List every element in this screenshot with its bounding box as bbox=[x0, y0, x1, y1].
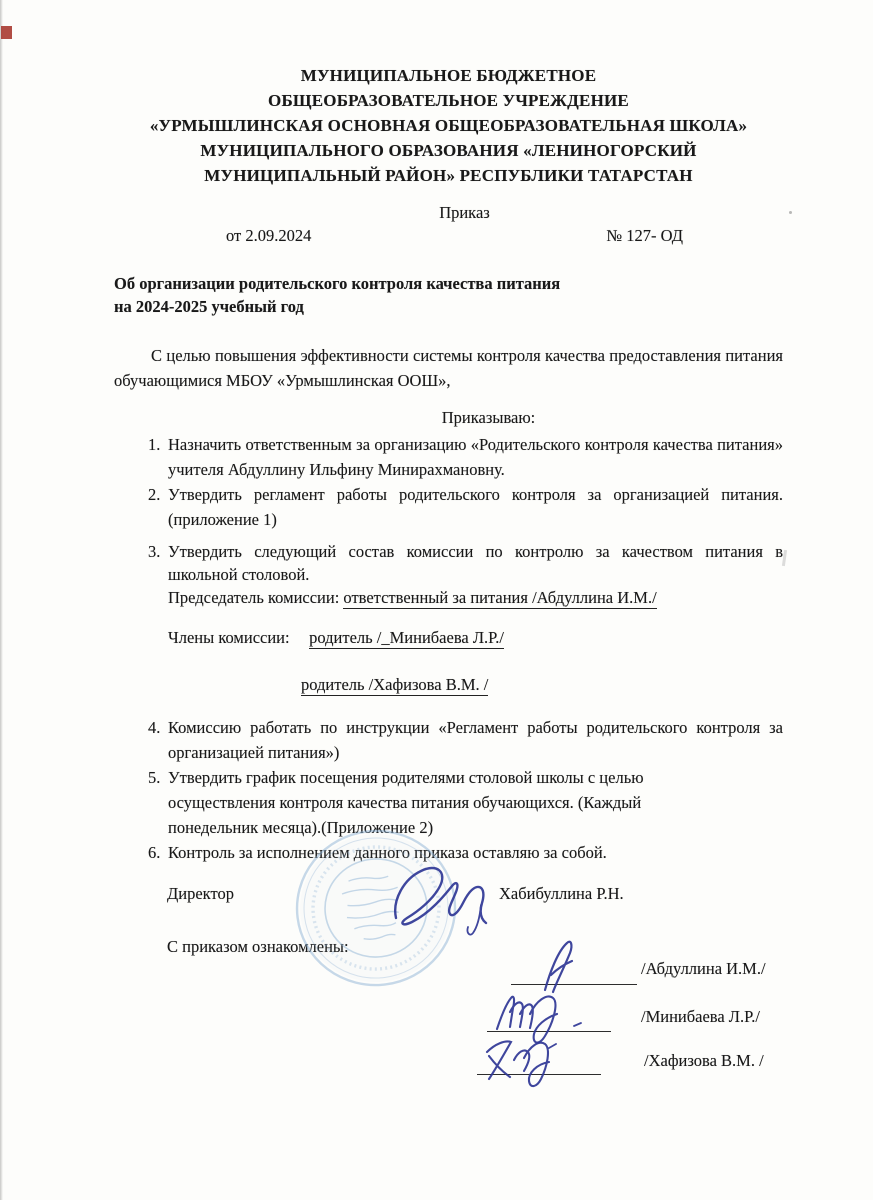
ack-name: /Хафизова В.М. / bbox=[644, 1051, 764, 1071]
order-item-6: 6. Контроль за исполнением данного прика… bbox=[114, 840, 783, 865]
directive-heading: Приказываю: bbox=[154, 408, 823, 428]
item-text: Назначить ответственным за организацию «… bbox=[168, 432, 783, 482]
order-number: № 127- ОД bbox=[606, 226, 683, 246]
member2-value: родитель /Хафизова В.М. / bbox=[301, 675, 488, 696]
ack-signature-3 bbox=[487, 1041, 556, 1086]
order-item-2: 2. Утвердить регламент работы родительск… bbox=[114, 482, 783, 532]
signature-line bbox=[487, 1031, 611, 1032]
subject-line: Об организации родительского контроля ка… bbox=[114, 272, 783, 295]
org-header-line: ОБЩЕОБРАЗОВАТЕЛЬНОЕ УЧРЕЖДЕНИЕ bbox=[114, 88, 783, 113]
order-item-4: 4. Комиссию работать по инструкции «Регл… bbox=[114, 715, 783, 765]
item-number: 5. bbox=[148, 765, 168, 840]
signature-line bbox=[477, 1074, 601, 1075]
red-corner-mark bbox=[1, 26, 12, 39]
director-name: Хабибуллина Р.Н. bbox=[499, 884, 624, 904]
order-item-1: 1. Назначить ответственным за организаци… bbox=[114, 432, 783, 482]
order-item-5: 5. Утвердить график посещения родителями… bbox=[114, 765, 783, 840]
item-text: Утвердить регламент работы родительского… bbox=[168, 482, 783, 532]
item-number: 1. bbox=[148, 432, 168, 482]
item-text: Утвердить следующий состав комиссии по к… bbox=[168, 540, 783, 609]
item-text: Комиссию работать по инструкции «Регламе… bbox=[168, 715, 783, 765]
org-header-line: МУНИЦИПАЛЬНОЕ БЮДЖЕТНОЕ bbox=[114, 63, 783, 88]
acknowledged-label: С приказом ознакомлены: bbox=[167, 937, 349, 957]
scan-edge-artifact bbox=[0, 0, 3, 1200]
item-number: 3. bbox=[148, 540, 168, 609]
order-title: Приказ bbox=[130, 203, 799, 223]
scanned-order-document: МУНИЦИПАЛЬНОЕ БЮДЖЕТНОЕ ОБЩЕОБРАЗОВАТЕЛЬ… bbox=[0, 0, 873, 1200]
order-subject: Об организации родительского контроля ка… bbox=[114, 272, 783, 318]
signature-line bbox=[511, 984, 637, 985]
org-header-line: «УРМЫШЛИНСКАЯ ОСНОВНАЯ ОБЩЕОБРАЗОВАТЕЛЬН… bbox=[114, 113, 783, 138]
ack-name: /Абдуллина И.М./ bbox=[641, 959, 766, 979]
item-text: Контроль за исполнением данного приказа … bbox=[168, 840, 783, 865]
organization-header: МУНИЦИПАЛЬНОЕ БЮДЖЕТНОЕ ОБЩЕОБРАЗОВАТЕЛЬ… bbox=[114, 63, 783, 188]
ack-name: /Минибаева Л.Р./ bbox=[641, 1007, 760, 1027]
order-meta-row: от 2.09.2024 № 127- ОД bbox=[114, 226, 783, 246]
members-label: Члены комиссии: bbox=[168, 626, 305, 649]
org-header-line: МУНИЦИПАЛЬНЫЙ РАЙОН» РЕСПУБЛИКИ ТАТАРСТА… bbox=[114, 163, 783, 188]
item3-body: Утвердить следующий состав комиссии по к… bbox=[168, 542, 783, 584]
item-number: 4. bbox=[148, 715, 168, 765]
subject-line: на 2024-2025 учебный год bbox=[114, 295, 783, 318]
member1-value: родитель /_Минибаева Л.Р./ bbox=[309, 628, 504, 649]
director-label: Директор bbox=[167, 884, 234, 904]
order-date: от 2.09.2024 bbox=[226, 226, 311, 246]
commission-members-row: Члены комиссии: родитель /_Минибаева Л.Р… bbox=[168, 626, 783, 649]
intro-paragraph: С целью повышения эффективности системы … bbox=[114, 343, 783, 393]
item-number: 6. bbox=[148, 840, 168, 865]
order-item-3: 3. Утвердить следующий состав комиссии п… bbox=[114, 540, 783, 609]
item-number: 2. bbox=[148, 482, 168, 532]
item-text: Утвердить график посещения родителями ст… bbox=[168, 765, 783, 840]
chair-value: ответственный за питания /Абдуллина И.М.… bbox=[343, 588, 656, 609]
org-header-line: МУНИЦИПАЛЬНОГО ОБРАЗОВАНИЯ «ЛЕНИНОГОРСКИ… bbox=[114, 138, 783, 163]
ack-signature-2 bbox=[497, 996, 581, 1042]
commission-member2-row: родитель /Хафизова В.М. / bbox=[301, 673, 783, 696]
order-items-list: 1. Назначить ответственным за организаци… bbox=[114, 432, 783, 865]
chair-label: Председатель комиссии: bbox=[168, 588, 339, 607]
director-signature bbox=[395, 868, 486, 935]
